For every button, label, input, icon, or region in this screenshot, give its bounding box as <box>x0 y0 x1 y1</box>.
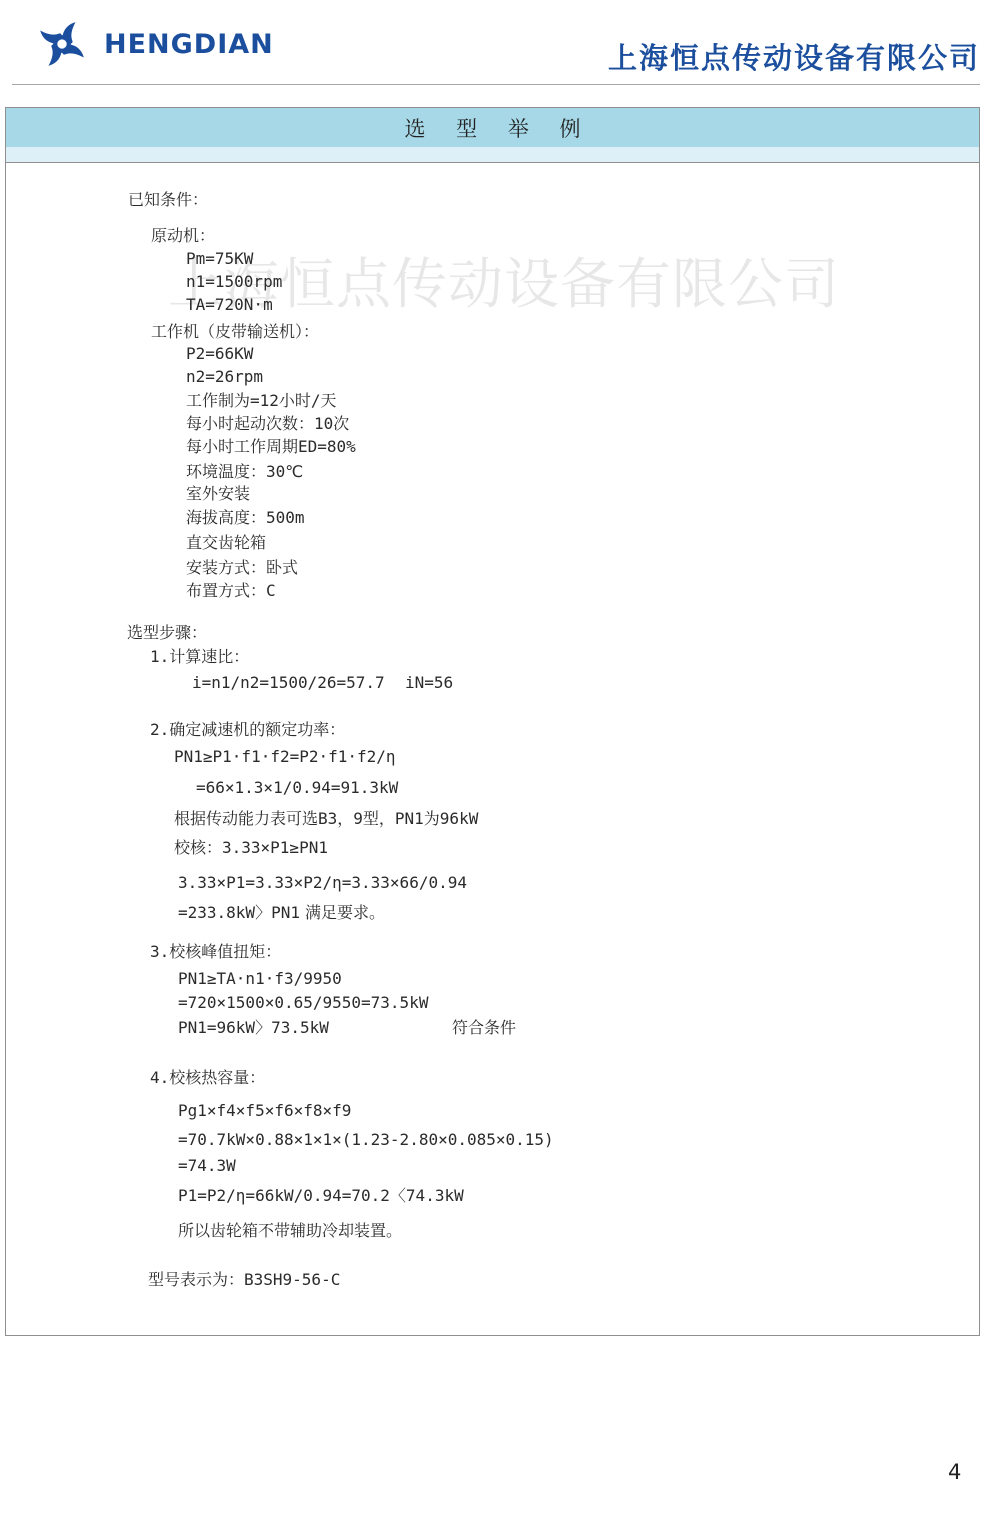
step2-check-result: =233.8kW〉PN1 <box>178 903 300 923</box>
working-machine-label: 工作机（皮带输送机）： <box>151 322 319 342</box>
step3-label: 3.校核峰值扭矩： <box>150 942 281 962</box>
page-number: 4 <box>948 1460 961 1484</box>
working-machine-power: P2=66KW <box>186 344 253 364</box>
step4-label: 4.校核热容量： <box>150 1068 265 1088</box>
page-title: 选 型 举 例 <box>392 113 592 143</box>
ambient-temperature: 环境温度：30℃ <box>186 462 303 482</box>
selection-steps-heading: 选型步骤： <box>127 623 207 643</box>
pinwheel-logo-icon <box>36 16 88 72</box>
gearbox-type: 直交齿轮箱 <box>186 533 266 553</box>
prime-mover-power: Pm=75KW <box>186 249 253 269</box>
header-divider <box>12 84 980 85</box>
logo-text: HENGDIAN <box>104 29 274 60</box>
arrangement-method: 布置方式：C <box>186 581 276 601</box>
title-bar: 选 型 举 例 <box>6 108 979 147</box>
prime-mover-torque: TA=720N·m <box>186 295 273 315</box>
company-name: 上海恒点传动设备有限公司 <box>608 36 980 77</box>
document-page: HENGDIAN 上海恒点传动设备有限公司 选 型 举 例 上海恒点传动设备有限… <box>0 0 990 1513</box>
step2-selection-note: 根据传动能力表可选B3，9型，PN1为96kW <box>174 809 478 829</box>
title-stripe <box>6 147 979 163</box>
step4-formula-2: =70.7kW×0.88×1×1×(1.23-2.80×0.085×0.15) <box>178 1130 554 1150</box>
outdoor-installation: 室外安装 <box>186 484 250 504</box>
step2-conclusion: 满足要求。 <box>305 903 385 923</box>
hengdian-logo: HENGDIAN <box>36 14 274 74</box>
duty-cycle: 每小时工作周期ED=80% <box>186 437 356 457</box>
step4-conclusion: 所以齿轮箱不带辅助冷却装置。 <box>178 1221 402 1241</box>
step3-result: PN1=96kW〉73.5kW <box>178 1018 329 1038</box>
step1-label: 1.计算速比： <box>150 647 249 667</box>
known-conditions-heading: 已知条件： <box>128 190 208 210</box>
step3-formula-2: =720×1500×0.65/9550=73.5kW <box>178 993 428 1013</box>
step2-check-formula: 3.33×P1=3.33×P2/η=3.33×66/0.94 <box>178 873 467 893</box>
model-designation: 型号表示为：B3SH9-56-C <box>148 1270 340 1290</box>
header: HENGDIAN 上海恒点传动设备有限公司 <box>0 0 990 88</box>
starts-per-hour: 每小时起动次数：10次 <box>186 414 349 434</box>
duty-hours: 工作制为=12小时/天 <box>186 391 337 411</box>
prime-mover-speed: n1=1500rpm <box>186 272 282 292</box>
step1-formula: i=n1/n2=1500/26=57.7 <box>192 673 385 693</box>
prime-mover-label: 原动机： <box>151 226 215 246</box>
step2-label: 2.确定减速机的额定功率： <box>150 720 345 740</box>
altitude: 海拔高度：500m <box>186 508 305 528</box>
step2-formula-1: PN1≥P1·f1·f2=P2·f1·f2/η <box>174 747 396 767</box>
step4-comparison: P1=P2/η=66kW/0.94=70.2〈74.3kW <box>178 1186 464 1206</box>
step2-formula-2: =66×1.3×1/0.94=91.3kW <box>196 778 398 798</box>
step4-formula-1: Pg1×f4×f5×f6×f8×f9 <box>178 1101 351 1121</box>
step3-formula-1: PN1≥TA·n1·f3/9950 <box>178 969 342 989</box>
step1-result: iN=56 <box>405 673 453 693</box>
mounting-method: 安装方式：卧式 <box>186 558 298 578</box>
step3-conclusion: 符合条件 <box>452 1018 516 1038</box>
step2-check: 校核：3.33×P1≥PN1 <box>174 838 328 858</box>
step4-result: =74.3W <box>178 1156 236 1176</box>
working-machine-speed: n2=26rpm <box>186 367 263 387</box>
